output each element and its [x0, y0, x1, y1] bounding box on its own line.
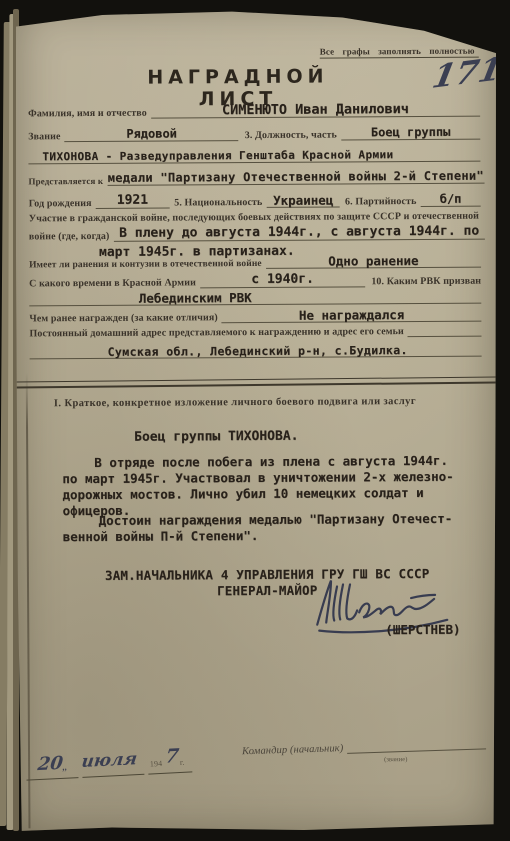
- signer-position-line2: ГЕНЕРАЛ-МАЙОР: [217, 583, 318, 599]
- field-label-duty: 3. Должность, часть: [239, 129, 341, 141]
- conclusion-line: венной войны П-й Степени".: [63, 527, 473, 546]
- story-line: дорожных мостов. Лично убил 10 немецких …: [62, 485, 472, 504]
- field-value-birth: 1921: [96, 194, 170, 209]
- scanned-document: Все графы заполнять полностью НАГРАДНОЙ …: [0, 0, 510, 841]
- field-value-rank: Рядовой: [64, 127, 238, 142]
- award-sheet-paper: Все графы заполнять полностью НАГРАДНОЙ …: [16, 5, 496, 835]
- date-month-handwritten: июля: [80, 749, 138, 772]
- field-label-birth: Год рождения: [29, 198, 96, 209]
- field-label-awards: Чем ранее награжден (за какие отличия): [29, 312, 222, 324]
- field-label-wounds: Имеет ли ранения и контузии в отечествен…: [29, 259, 266, 270]
- field-value-party: б/п: [420, 193, 480, 207]
- address-line-blank: [408, 336, 482, 337]
- date-year-digit-handwritten: 7: [164, 745, 180, 768]
- rank-hint: (звание): [384, 756, 411, 763]
- field-value-name: СИМЕНЮТО Иван Данилович: [151, 102, 480, 119]
- field-value-awards: Не награждался: [222, 308, 482, 324]
- commander-signature-blank: [347, 748, 486, 753]
- field-value-duty-cont: ТИХОНОВА - Разведуправления Генштаба Кра…: [28, 149, 480, 164]
- date-year-suffix: г.: [180, 758, 189, 767]
- field-label-nationality: 5. Национальность: [169, 197, 266, 209]
- field-label-participation-2: войне (где, когда): [29, 231, 114, 243]
- date-quote-mark: „: [62, 761, 67, 773]
- date-underline: [27, 777, 79, 781]
- field-label-rvk: 10. Каким РВК призван: [365, 275, 481, 287]
- field-value-wounds: Одно ранение: [266, 254, 481, 269]
- page-number-handwritten: 171: [429, 50, 505, 96]
- date-underline: [82, 774, 144, 778]
- field-value-address: Сумская обл., Лебединский р-н, с.Будилка…: [30, 344, 482, 360]
- field-value-duty: Боец группы: [341, 126, 480, 140]
- field-value-participation-1: В плену до августа 1944г., с августа 194…: [113, 225, 485, 242]
- field-value-rvk: Лебединским РВК: [29, 290, 481, 307]
- field-label-service: С какого времени в Красной Армии: [29, 277, 200, 289]
- field-label-nominated: Представляется к: [29, 175, 108, 185]
- field-label-address: Постоянный домашний адрес представляемог…: [29, 326, 408, 339]
- field-label-party: 6. Партийность: [340, 196, 421, 207]
- field-label-name: Фамилия, имя и отчество: [28, 108, 151, 120]
- signer-name: (ШЕРСТНЕВ): [385, 622, 460, 637]
- date-underline: [148, 771, 192, 774]
- field-value-nationality: Украинец: [266, 193, 340, 208]
- field-value-service: с 1940г.: [200, 272, 365, 288]
- conclusion-line: Достоин награждения медалью "Партизану О…: [63, 511, 473, 530]
- document-content: Все графы заполнять полностью НАГРАДНОЙ …: [13, 4, 498, 837]
- story-intro: Боец группы ТИХОНОВА.: [134, 429, 298, 445]
- date-day-handwritten: 20: [36, 753, 64, 775]
- section-divider: [14, 376, 500, 388]
- field-value-nominated: медали "Партизану Отечественной войны 2-…: [107, 170, 485, 186]
- commander-label: Командир (начальник): [242, 743, 348, 757]
- field-label-rank: Звание: [28, 131, 64, 142]
- section1-heading: I. Краткое, конкретное изложение личного…: [54, 396, 420, 409]
- field-label-participation: Участие в гражданской войне, последующих…: [29, 211, 485, 225]
